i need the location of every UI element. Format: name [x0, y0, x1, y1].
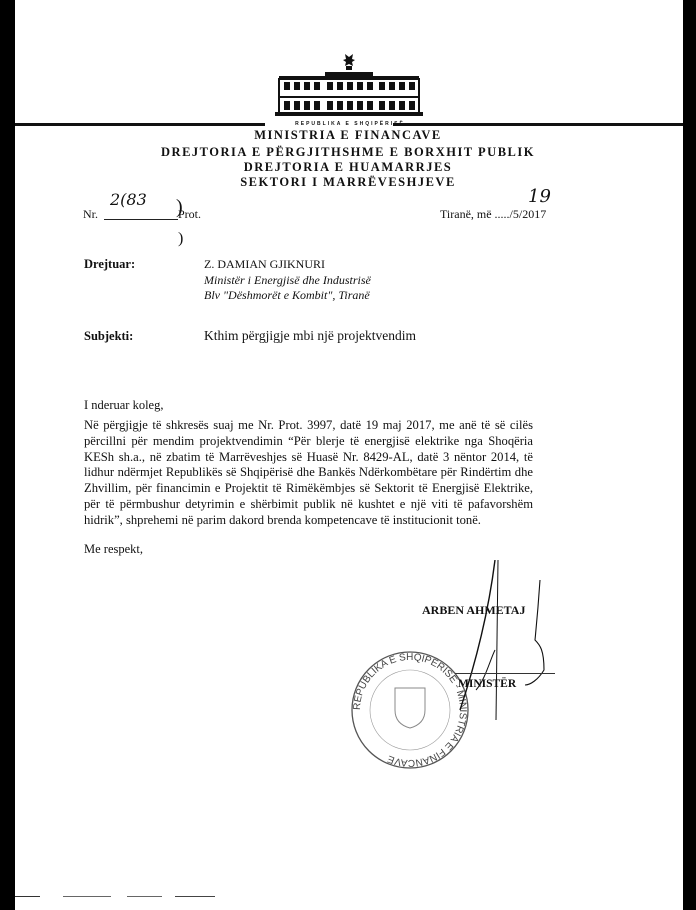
ministry-building-emblem-icon: [265, 52, 433, 118]
handwritten-signature-icon: [440, 560, 560, 720]
protocol-number-handwritten: 2(83: [110, 190, 147, 209]
nr-label: Nr.: [83, 207, 98, 222]
recipient-title: Ministër i Energjisë dhe Industrisë: [204, 273, 371, 288]
directorate-name: DREJTORIA E HUAMARRJES: [0, 160, 696, 175]
letterhead-rule-left: [15, 123, 265, 126]
date-handwritten: 19: [528, 186, 551, 207]
directorate-general-name: DREJTORIA E PËRGJITHSHME E BORXHIT PUBLI…: [0, 145, 696, 160]
republic-caption: REPUBLIKA E SHQIPËRISË: [260, 121, 440, 127]
signer-title: MINISTËR: [458, 678, 516, 690]
recipient-name: Z. DAMIAN GJIKNURI: [204, 257, 325, 272]
salutation: I nderuar koleg,: [84, 398, 163, 413]
date-line: Tiranë, më ...../5/2017: [440, 207, 546, 222]
protocol-number-line: [104, 219, 178, 220]
signer-name: ARBEN AHMETAJ: [422, 603, 525, 618]
body-paragraph: Në përgjigje të shkresës suaj me Nr. Pro…: [84, 418, 533, 529]
closing: Me respekt,: [84, 542, 143, 557]
recipient-address: Blv "Dëshmorët e Kombit", Tiranë: [204, 288, 370, 303]
subject-label: Subjekti:: [84, 329, 133, 344]
footer-scan-marks: [15, 895, 215, 898]
ministry-name: MINISTRIA E FINANCAVE: [0, 128, 696, 143]
prot-label: Prot.: [178, 207, 201, 222]
handwritten-mark-2: ): [178, 230, 183, 248]
sector-name: SEKTORI I MARRËVESHJEVE: [0, 175, 696, 190]
signature-line: [455, 673, 555, 674]
subject-text: Kthim përgjigje mbi një projektvendim: [204, 328, 416, 344]
recipient-label: Drejtuar:: [84, 257, 135, 272]
